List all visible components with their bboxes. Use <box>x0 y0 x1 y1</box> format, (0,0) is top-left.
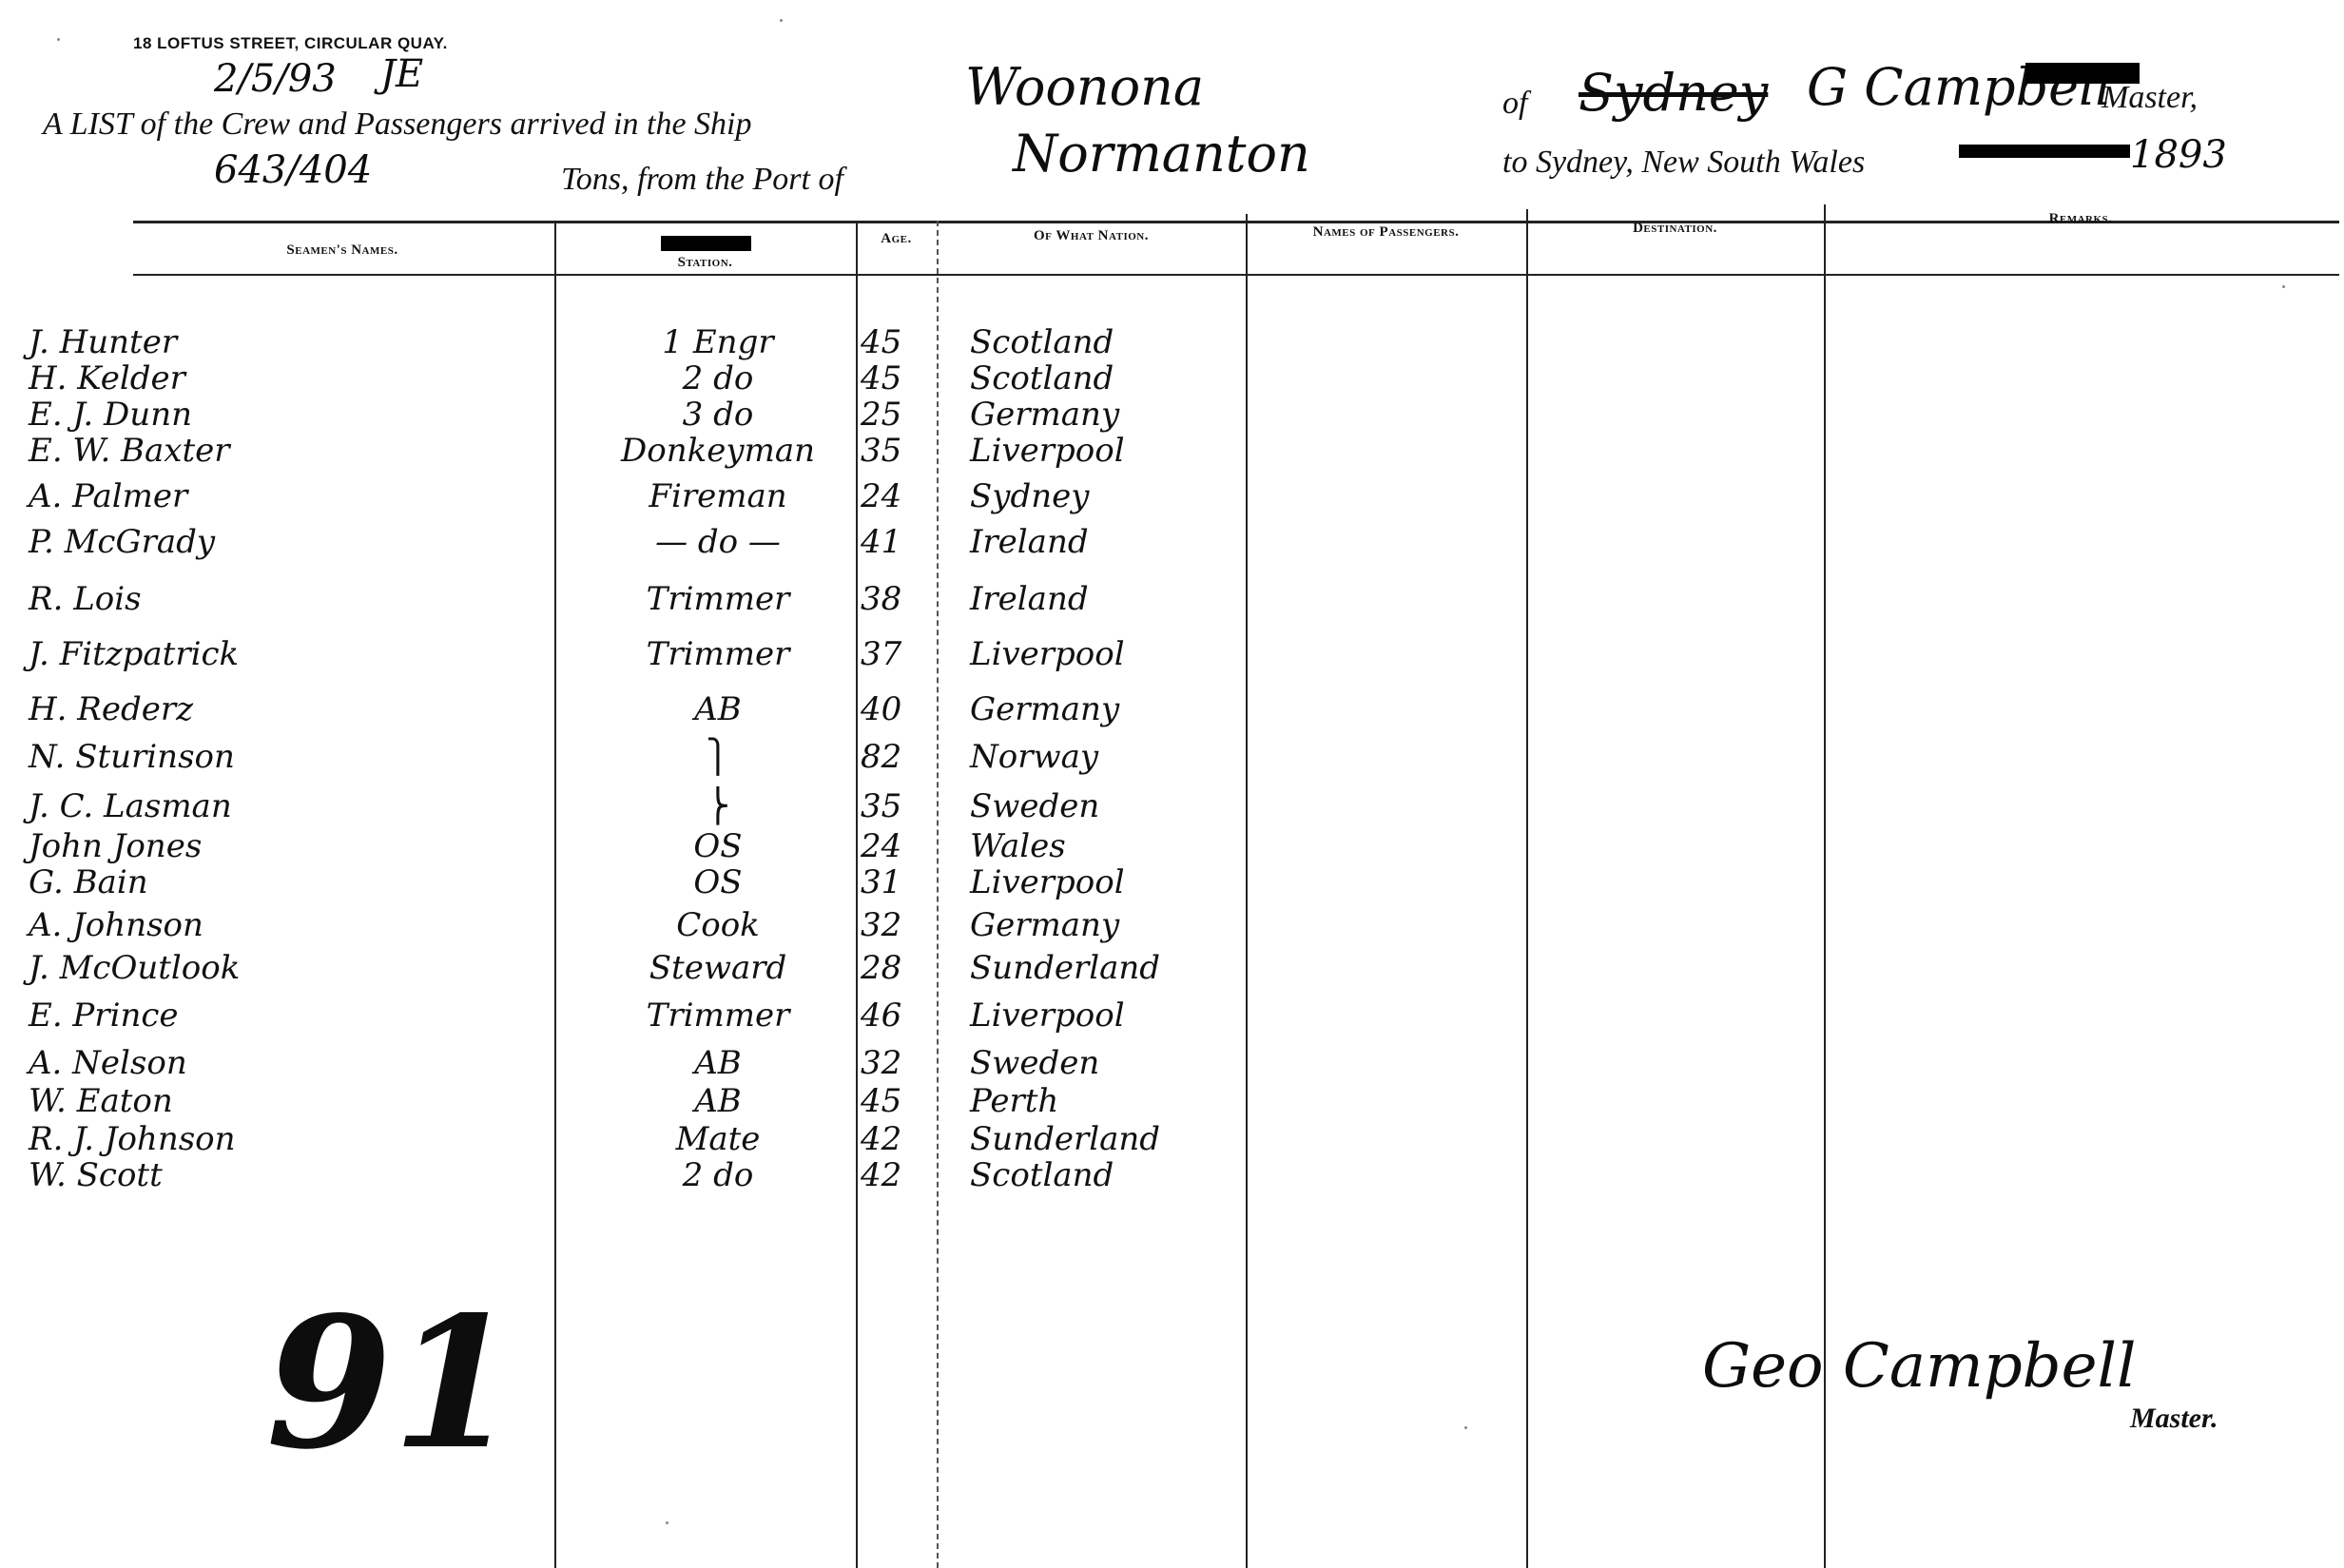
nation: Wales <box>970 829 1066 863</box>
age: 42 <box>861 1122 927 1156</box>
nation: Norway <box>970 740 1098 774</box>
scan-speck <box>2282 285 2285 288</box>
seaman-name: E. J. Dunn <box>29 397 192 432</box>
nation: Liverpool <box>970 998 1125 1033</box>
station: 2 do <box>580 361 856 396</box>
home-port: Sydney <box>1579 63 1768 123</box>
age: 32 <box>861 1046 927 1080</box>
of-label: of <box>1502 86 1527 122</box>
seaman-name: H. Rederz <box>29 692 193 726</box>
crew-row: E. W. BaxterDonkeyman35Liverpool <box>0 434 1331 468</box>
nation: Scotland <box>970 325 1114 359</box>
seaman-name: A. Johnson <box>29 908 203 942</box>
crew-row: W. EatonAB45Perth <box>0 1084 1331 1118</box>
age: 32 <box>861 908 927 942</box>
crew-row: A. PalmerFireman24Sydney <box>0 479 1331 513</box>
master-signature: Geo Campbell <box>1702 1331 2136 1402</box>
nation: Sweden <box>970 1046 1099 1080</box>
station: Cook <box>580 908 856 942</box>
nation: Sunderland <box>970 1122 1160 1156</box>
column-header-age: Age. <box>856 231 937 247</box>
seaman-name: E. W. Baxter <box>29 434 230 468</box>
nation: Perth <box>970 1084 1058 1118</box>
station: Steward <box>580 951 856 985</box>
column-header-nation: Of What Nation. <box>937 228 1246 244</box>
station: AB <box>580 692 856 726</box>
crew-row: J. McOutlookSteward28Sunderland <box>0 951 1331 985</box>
seaman-name: John Jones <box>29 829 202 863</box>
station: OS <box>580 865 856 900</box>
seaman-name: E. Prince <box>29 998 179 1033</box>
clerk-initials: JE <box>380 52 423 96</box>
redaction-mark <box>1959 145 2130 158</box>
station: ⎫ <box>580 740 856 774</box>
age: 35 <box>861 789 927 823</box>
age: 82 <box>861 740 927 774</box>
nation: Liverpool <box>970 434 1125 468</box>
tons-label: Tons, from the Port of <box>561 162 843 198</box>
crew-row: A. JohnsonCook32Germany <box>0 908 1331 942</box>
seaman-name: H. Kelder <box>29 361 185 396</box>
nation: Liverpool <box>970 637 1125 671</box>
master-label: Master, <box>2102 80 2198 116</box>
crew-row: E. PrinceTrimmer46Liverpool <box>0 998 1331 1033</box>
seaman-name: R. J. Johnson <box>29 1122 236 1156</box>
age: 24 <box>861 829 927 863</box>
scan-speck <box>666 1521 668 1524</box>
age: 42 <box>861 1158 927 1192</box>
station: ⎬ <box>580 789 856 823</box>
seaman-name: G. Bain <box>29 865 148 900</box>
crew-row: R. J. JohnsonMate42Sunderland <box>0 1122 1331 1156</box>
station: Trimmer <box>580 582 856 616</box>
crew-row: J. C. Lasman⎬35Sweden <box>0 789 1331 823</box>
crew-row: H. Kelder2 do45Scotland <box>0 361 1331 396</box>
station: Trimmer <box>580 637 856 671</box>
tonnage: 643/404 <box>214 148 372 192</box>
nation: Scotland <box>970 361 1114 396</box>
nation: Liverpool <box>970 865 1125 900</box>
seaman-name: J. C. Lasman <box>29 789 232 823</box>
station: Trimmer <box>580 998 856 1033</box>
age: 24 <box>861 479 927 513</box>
nation: Germany <box>970 908 1119 942</box>
seaman-name: J. Hunter <box>29 325 177 359</box>
age: 35 <box>861 434 927 468</box>
seaman-name: J. McOutlook <box>29 951 240 985</box>
column-header-seamens-names: Seamen's Names. <box>133 242 552 259</box>
crew-row: J. FitzpatrickTrimmer37Liverpool <box>0 637 1331 671</box>
crew-row: E. J. Dunn3 do25Germany <box>0 397 1331 432</box>
age: 45 <box>861 1084 927 1118</box>
table-header-rule <box>133 274 2339 276</box>
station: Mate <box>580 1122 856 1156</box>
age: 46 <box>861 998 927 1033</box>
crew-row: J. Hunter1 Engr45Scotland <box>0 325 1331 359</box>
departure-port: Normanton <box>1013 124 1310 184</box>
scan-speck <box>780 19 783 22</box>
seaman-name: A. Palmer <box>29 479 187 513</box>
column-header-destination: Destination. <box>1526 221 1824 237</box>
age: 38 <box>861 582 927 616</box>
nation: Sweden <box>970 789 1099 823</box>
age: 45 <box>861 361 927 396</box>
column-divider <box>1526 209 1528 1568</box>
nation: Scotland <box>970 1158 1114 1192</box>
nation: Sydney <box>970 479 1090 513</box>
station: OS <box>580 829 856 863</box>
column-header-station: Station. <box>554 255 856 271</box>
crew-row: R. LoisTrimmer38Ireland <box>0 582 1331 616</box>
signature-master-label: Master. <box>2130 1403 2218 1435</box>
nation: Germany <box>970 692 1119 726</box>
seaman-name: W. Scott <box>29 1158 163 1192</box>
nation: Germany <box>970 397 1119 432</box>
folio-mark: 91 <box>266 1293 517 1474</box>
list-title-line: A LIST of the Crew and Passengers arrive… <box>43 106 751 143</box>
seaman-name: P. McGrady <box>29 525 215 559</box>
ship-name: Woonona <box>965 57 1204 117</box>
station: AB <box>580 1084 856 1118</box>
seaman-name: R. Lois <box>29 582 142 616</box>
year: 1893 <box>2130 133 2227 177</box>
station: — do — <box>580 525 856 559</box>
received-date: 2/5/93 <box>214 57 337 101</box>
crew-row: N. Sturinson⎫82Norway <box>0 740 1331 774</box>
seaman-name: A. Nelson <box>29 1046 187 1080</box>
crew-row: G. BainOS31Liverpool <box>0 865 1331 900</box>
office-address: 18 LOFTUS STREET, CIRCULAR QUAY. <box>133 34 448 53</box>
crew-row: A. NelsonAB32Sweden <box>0 1046 1331 1080</box>
age: 31 <box>861 865 927 900</box>
station: Donkeyman <box>580 434 856 468</box>
scan-speck <box>1464 1426 1467 1429</box>
nation: Ireland <box>970 582 1089 616</box>
crew-row: John JonesOS24Wales <box>0 829 1331 863</box>
crew-row: H. RederzAB40Germany <box>0 692 1331 726</box>
station: 2 do <box>580 1158 856 1192</box>
column-header-passengers: Names of Passengers. <box>1246 224 1526 241</box>
nation: Sunderland <box>970 951 1160 985</box>
station: 3 do <box>580 397 856 432</box>
age: 45 <box>861 325 927 359</box>
seaman-name: W. Eaton <box>29 1084 173 1118</box>
age: 25 <box>861 397 927 432</box>
scan-speck <box>57 38 60 41</box>
age: 40 <box>861 692 927 726</box>
crew-row: P. McGrady— do —41Ireland <box>0 525 1331 559</box>
station: Fireman <box>580 479 856 513</box>
crew-row: W. Scott2 do42Scotland <box>0 1158 1331 1192</box>
age: 41 <box>861 525 927 559</box>
destination-text: to Sydney, New South Wales <box>1502 145 1865 181</box>
seaman-name: J. Fitzpatrick <box>29 637 239 671</box>
seaman-name: N. Sturinson <box>29 740 235 774</box>
station: AB <box>580 1046 856 1080</box>
age: 28 <box>861 951 927 985</box>
redaction-mark <box>661 236 751 251</box>
station: 1 Engr <box>580 325 856 359</box>
column-header-remarks: Remarks. <box>1824 211 2337 227</box>
age: 37 <box>861 637 927 671</box>
nation: Ireland <box>970 525 1089 559</box>
